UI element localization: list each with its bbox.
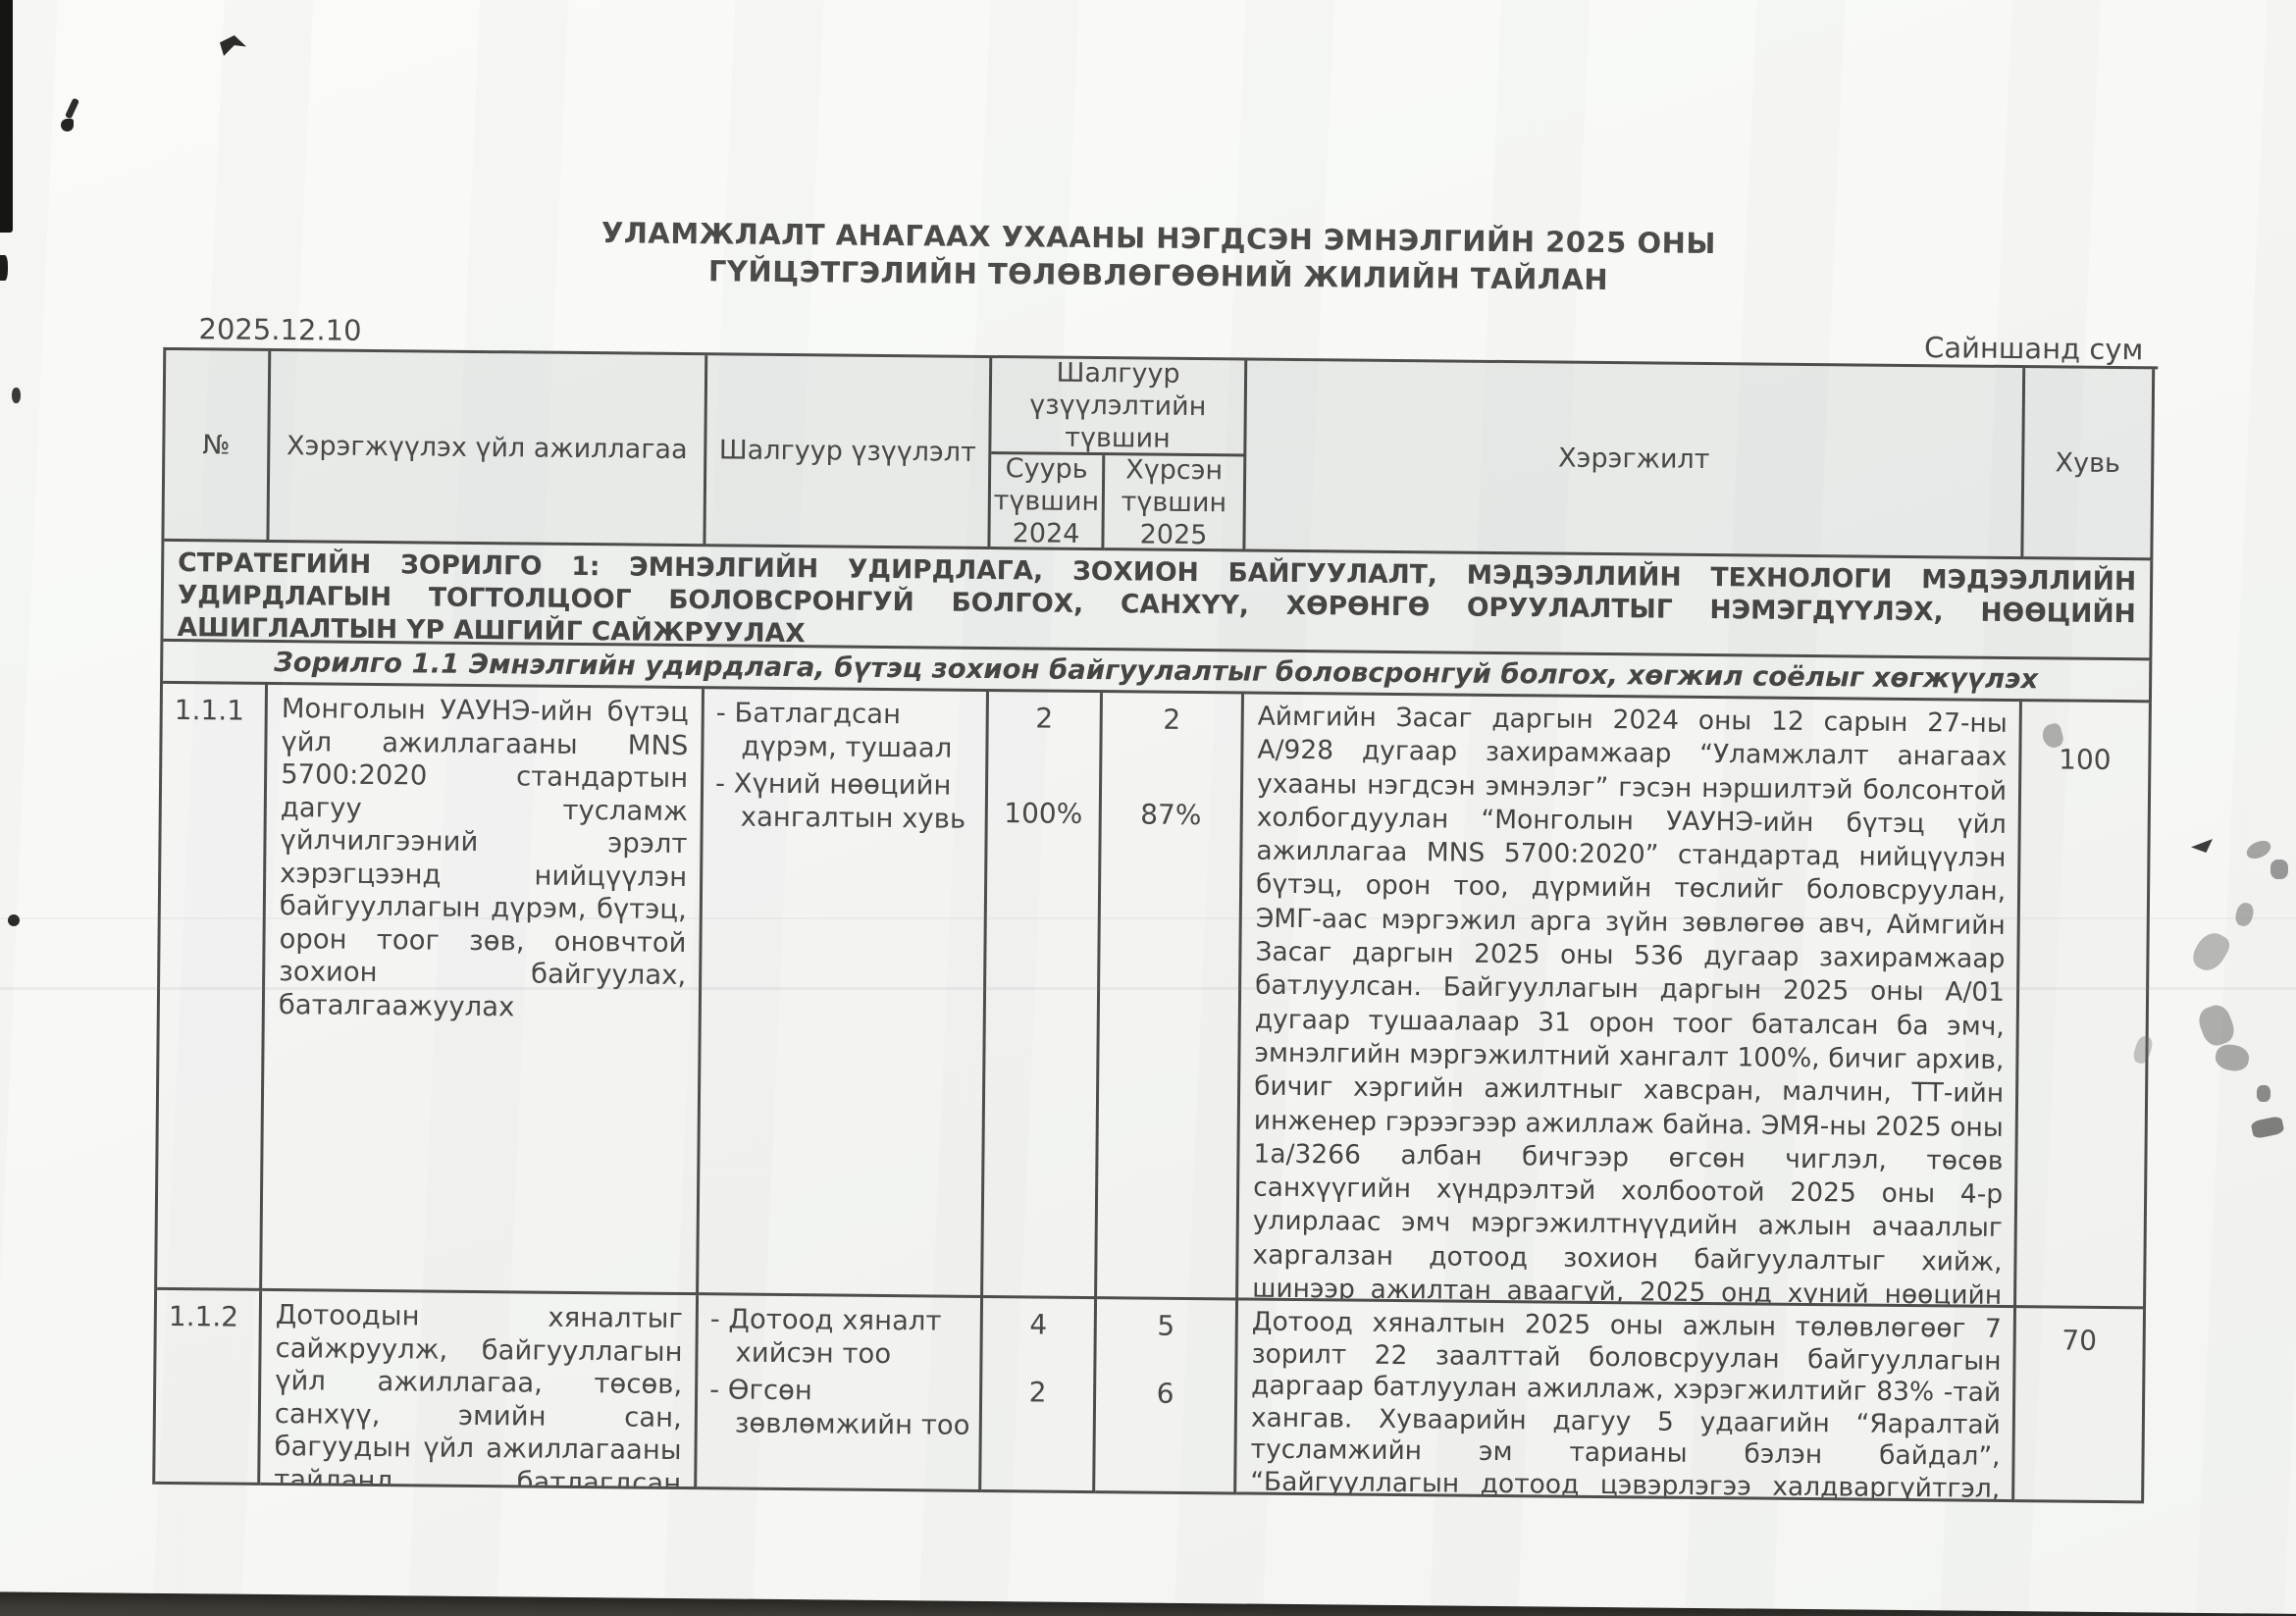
row-2-reached-values: 5 6 [1095,1299,1238,1494]
report-location: Сайншанд сум [1924,331,2144,366]
row-2-base-value-2: 2 [1029,1376,1047,1408]
row-2-reached-value-1: 5 [1157,1310,1174,1342]
document-title: УЛАМЖЛАЛТ АНАГААХ УХААНЫ НЭГДСЭН ЭМНЭЛГИ… [164,210,2154,303]
row-2-percent: 70 [2014,1308,2146,1503]
row-1-percent: 100 [2016,702,2152,1309]
row-1-reached-value-2: 87% [1140,798,1202,831]
row-1-activity: Монголын УАУНЭ-ийн бүтэц үйл ажиллагааны… [262,685,704,1295]
row-1-base-values: 2 100% [983,692,1103,1299]
scanned-report-page: УЛАМЖЛАЛТ АНАГААХ УХААНЫ НЭГДСЭН ЭМНЭЛГИ… [0,0,2296,1616]
row-2-implementation: Дотоод хяналтын 2025 оны ажлын төлөвлөгө… [1236,1300,2016,1502]
row-2-activity: Дотоодын хяналтыг сайжруулж, байгууллагы… [260,1291,699,1489]
row-2-indicator-2: - Өгсөн зөвлөмжийн тоо [709,1374,972,1442]
row-2-indicators: - Дотоод хяналт хийсэн тоо - Өгсөн зөвлө… [697,1295,983,1492]
row-2-number: 1.1.2 [155,1290,262,1486]
row-1-implementation: Аймгийн Засаг даргын 2024 оны 12 сарын 2… [1238,694,2022,1308]
row-2-indicator-1: - Дотоод хяналт хийсэн тоо [709,1303,972,1372]
row-1-base-value-2: 100% [1004,797,1082,830]
header-base-level-2024: Суурь түвшин 2024 [990,454,1105,550]
report-date: 2025.12.10 [198,312,361,347]
header-indicator-level-group: Шалгуур үзүүлэлтийн түвшин [991,358,1247,456]
row-1-reached-value-1: 2 [1163,704,1180,736]
row-1-base-value-1: 2 [1035,702,1053,734]
row-1-indicator-1: - Батлагдсан дүрэм, тушаал [715,697,978,765]
header-indicator: Шалгуур үзүүлэлт [705,355,992,549]
header-activity: Хэрэгжүүлэх үйл ажиллагаа [269,351,707,547]
header-number: № [164,350,271,543]
row-2-base-value-1: 4 [1029,1308,1047,1340]
row-1-number: 1.1.1 [157,684,268,1291]
row-1-indicators: - Батлагдсан дүрэм, тушаал - Хүний нөөци… [699,689,989,1298]
row-1-reached-values: 2 87% [1097,693,1244,1300]
performance-report-table: № Хэрэгжүүлэх үйл ажиллагаа Шалгуур үзүү… [152,347,2158,1503]
strategic-goal-row: СТРАТЕГИЙН ЗОРИЛГО 1: ЭМНЭЛГИЙН УДИРДЛАГ… [163,542,2153,660]
row-2-base-values: 4 2 [981,1298,1097,1493]
row-1-indicator-2: - Хүний нөөцийн хангалтын хувь [715,767,978,836]
header-reached-level-2025: Хүрсэн түвшин 2025 [1104,455,1246,551]
header-implementation: Хэрэгжилт [1245,361,2025,560]
header-percent: Хувь [2023,368,2155,560]
page-content: УЛАМЖЛАЛТ АНАГААХ УХААНЫ НЭГДСЭН ЭМНЭЛГИ… [0,0,2296,1591]
paper-sheet: УЛАМЖЛАЛТ АНАГААХ УХААНЫ НЭГДСЭН ЭМНЭЛГИ… [0,0,2296,1614]
row-2-reached-value-2: 6 [1157,1378,1174,1410]
